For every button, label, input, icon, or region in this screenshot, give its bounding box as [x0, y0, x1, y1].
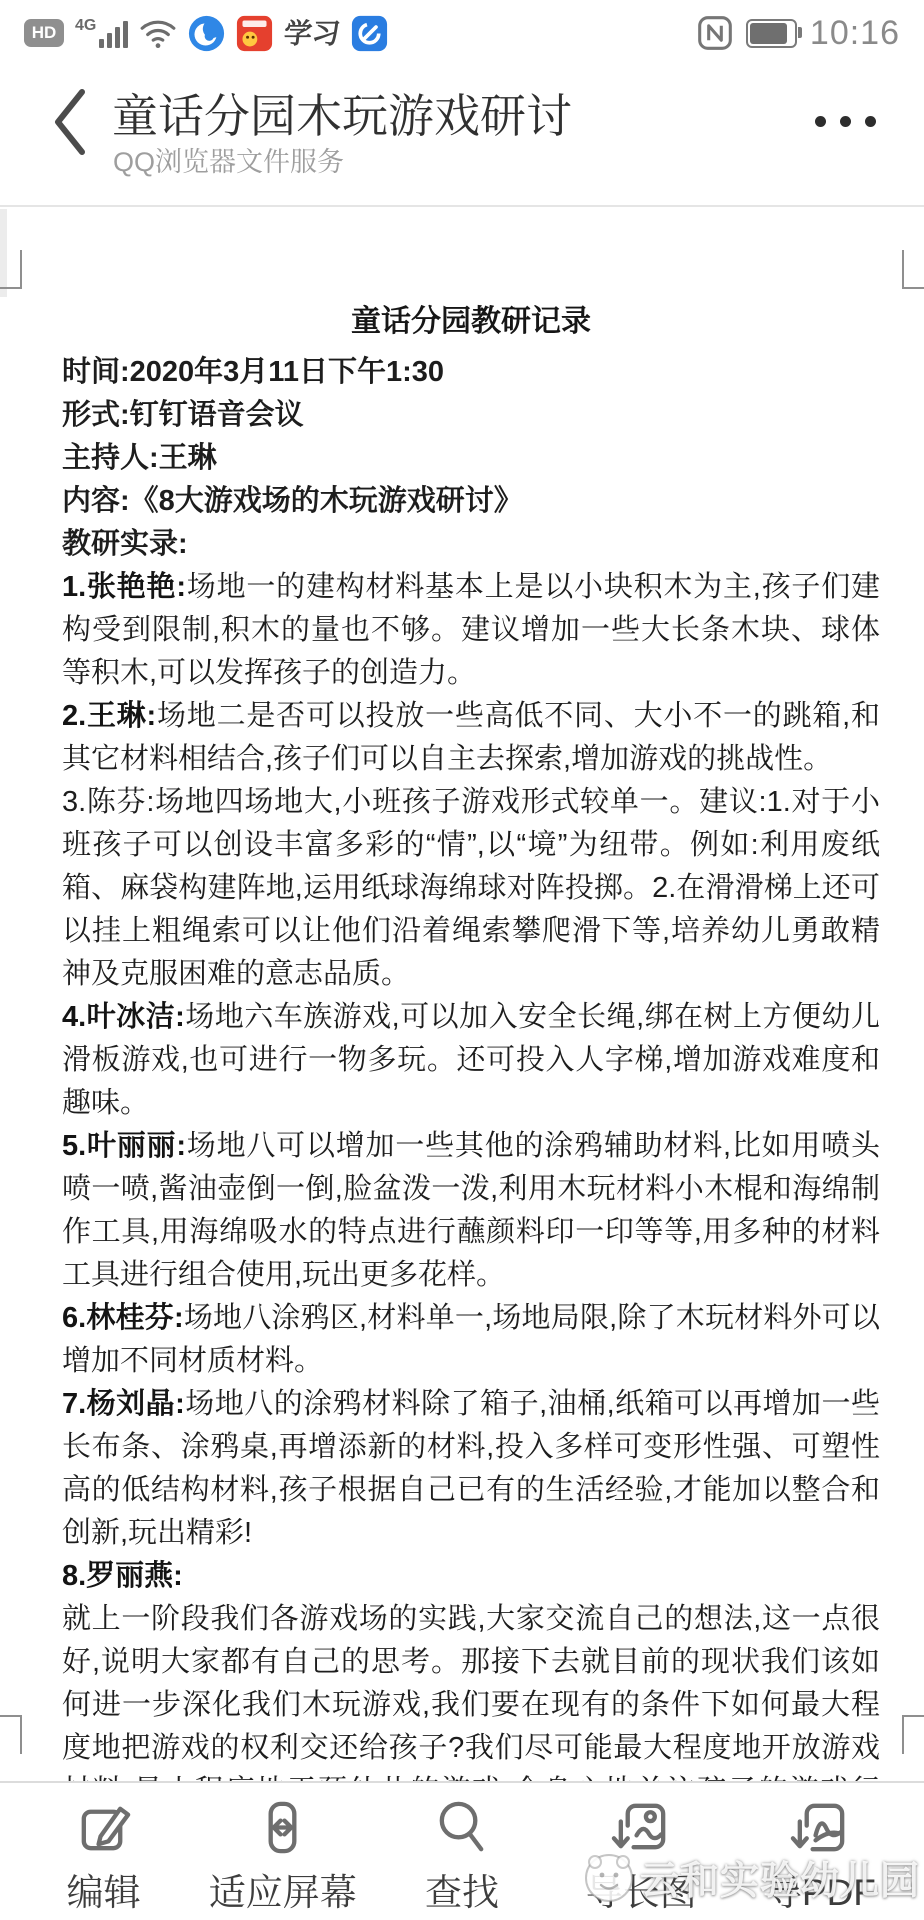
- red-app-icon: [236, 15, 273, 52]
- doc-heading: 童话分园教研记录: [62, 300, 880, 343]
- qq-browser-app-icon: [188, 15, 225, 52]
- text-boundary-mark: [0, 250, 22, 289]
- tool-label: 适应屏幕: [209, 1862, 357, 1916]
- speaker-name: 4.叶冰洁:: [62, 1001, 185, 1033]
- fit-screen-button[interactable]: 适应屏幕: [193, 1783, 372, 1920]
- fit-screen-icon: [251, 1796, 314, 1859]
- export-image-icon: [610, 1796, 673, 1859]
- tool-label: 导长图: [586, 1862, 697, 1916]
- speech-text: 就上一阶段我们各游戏场的实践,大家交流自己的想法,这一点很好,说明大家都有自己的…: [62, 1603, 880, 1781]
- speech-text: 场地四场地大,小班孩子游戏形式较单一。建议:1.对于小班孩子可以创设丰富多彩的“…: [62, 786, 880, 990]
- edit-icon: [72, 1796, 135, 1859]
- meta-line: 内容:《8大游戏场的木玩游戏研讨》: [62, 480, 880, 523]
- meta-line: 主持人:王琳: [62, 437, 880, 480]
- speaker-name: 7.杨刘晶:: [62, 1388, 185, 1420]
- find-button[interactable]: 查找: [372, 1783, 551, 1920]
- paragraph: 2.王琳:场地二是否可以投放一些高低不同、大小不一的跳箱,和其它材料相结合,孩子…: [62, 695, 880, 781]
- search-icon: [431, 1796, 494, 1859]
- paragraph: 5.叶丽丽:场地八可以增加一些其他的涂鸦辅助材料,比如用喷头喷一喷,酱油壶倒一倒…: [62, 1125, 880, 1297]
- tool-label: 编辑: [67, 1862, 141, 1916]
- speaker-name: 5.叶丽丽:: [62, 1130, 186, 1162]
- network-type-label: 4G: [75, 18, 96, 34]
- export-long-image-button[interactable]: 导长图: [552, 1783, 731, 1920]
- status-bar: HD 4G 学习 10:16: [0, 0, 924, 66]
- export-pdf-button[interactable]: 导PDF: [731, 1783, 910, 1920]
- cellular-signal-icon: 4G: [75, 18, 128, 48]
- document-viewport[interactable]: 童话分园教研记录 时间:2020年3月11日下午1:30 形式:钉钉语音会议 主…: [0, 207, 924, 1781]
- hd-icon: HD: [24, 19, 64, 47]
- paragraph: 3.陈芬:场地四场地大,小班孩子游戏形式较单一。建议:1.对于小班孩子可以创设丰…: [62, 781, 880, 996]
- tool-label: 查找: [425, 1862, 499, 1916]
- text-boundary-mark: [902, 1715, 924, 1754]
- document-title: 童话分园木玩游戏研讨: [112, 80, 572, 146]
- edit-button[interactable]: 编辑: [14, 1783, 193, 1920]
- speech-text: 场地二是否可以投放一些高低不同、大小不一的跳箱,和其它材料相结合,孩子们可以自主…: [62, 700, 880, 775]
- speech-text: 场地六车族游戏,可以加入安全长绳,绑在树上方便幼儿滑板游戏,也可进行一物多玩。还…: [62, 1001, 880, 1119]
- speaker-name: 8.罗丽燕:: [62, 1560, 183, 1592]
- clock-time: 10:16: [810, 14, 900, 53]
- speech-text: 场地八涂鸦区,材料单一,场地局限,除了木玩材料外可以增加不同材质材料。: [62, 1302, 880, 1377]
- document-source-label: QQ浏览器文件服务: [113, 140, 344, 179]
- document-content: 童话分园教研记录 时间:2020年3月11日下午1:30 形式:钉钉语音会议 主…: [62, 207, 880, 1781]
- paragraph: 6.林桂芬:场地八涂鸦区,材料单一,场地局限,除了木玩材料外可以增加不同材质材料…: [62, 1297, 880, 1383]
- speech-text: 场地八的涂鸦材料除了箱子,油桶,纸箱可以再增加一些长布条、涂鸦桌,再增添新的材料…: [62, 1388, 880, 1549]
- text-boundary-mark: [902, 250, 924, 289]
- wifi-icon: [139, 16, 177, 50]
- blue-app-icon: [351, 15, 388, 52]
- bottom-toolbar: 编辑 适应屏幕 查找 导长图: [0, 1781, 924, 1920]
- meta-line: 形式:钉钉语音会议: [62, 394, 880, 437]
- back-button[interactable]: [48, 84, 92, 160]
- title-bar: 童话分园木玩游戏研讨 QQ浏览器文件服务: [0, 66, 924, 205]
- export-pdf-icon: [789, 1796, 852, 1859]
- paragraph: 1.张艳艳:场地一的建构材料基本上是以小块积木为主,孩子们建构受到限制,积木的量…: [62, 566, 880, 695]
- speaker-name: 3.陈芬:: [62, 786, 154, 818]
- meta-line: 时间:2020年3月11日下午1:30: [62, 351, 880, 394]
- meta-line: 教研实录:: [62, 523, 880, 566]
- speaker-name: 2.王琳:: [62, 700, 156, 732]
- paragraph: 就上一阶段我们各游戏场的实践,大家交流自己的想法,这一点很好,说明大家都有自己的…: [62, 1598, 880, 1781]
- speaker-name: 6.林桂芬:: [62, 1302, 184, 1334]
- nfc-icon: [697, 15, 733, 51]
- paragraph: 4.叶冰洁:场地六车族游戏,可以加入安全长绳,绑在树上方便幼儿滑板游戏,也可进行…: [62, 996, 880, 1125]
- xuexi-app-icon: 学习: [282, 15, 342, 52]
- more-options-button[interactable]: [815, 116, 876, 127]
- tool-label: 导PDF: [765, 1862, 876, 1916]
- battery-icon: [746, 19, 797, 48]
- speaker-name: 1.张艳艳:: [62, 571, 186, 603]
- paragraph: 7.杨刘晶:场地八的涂鸦材料除了箱子,油桶,纸箱可以再增加一些长布条、涂鸦桌,再…: [62, 1383, 880, 1555]
- signal-bars-icon: [99, 18, 128, 48]
- text-boundary-mark: [0, 1715, 22, 1754]
- paragraph: 8.罗丽燕:: [62, 1555, 880, 1598]
